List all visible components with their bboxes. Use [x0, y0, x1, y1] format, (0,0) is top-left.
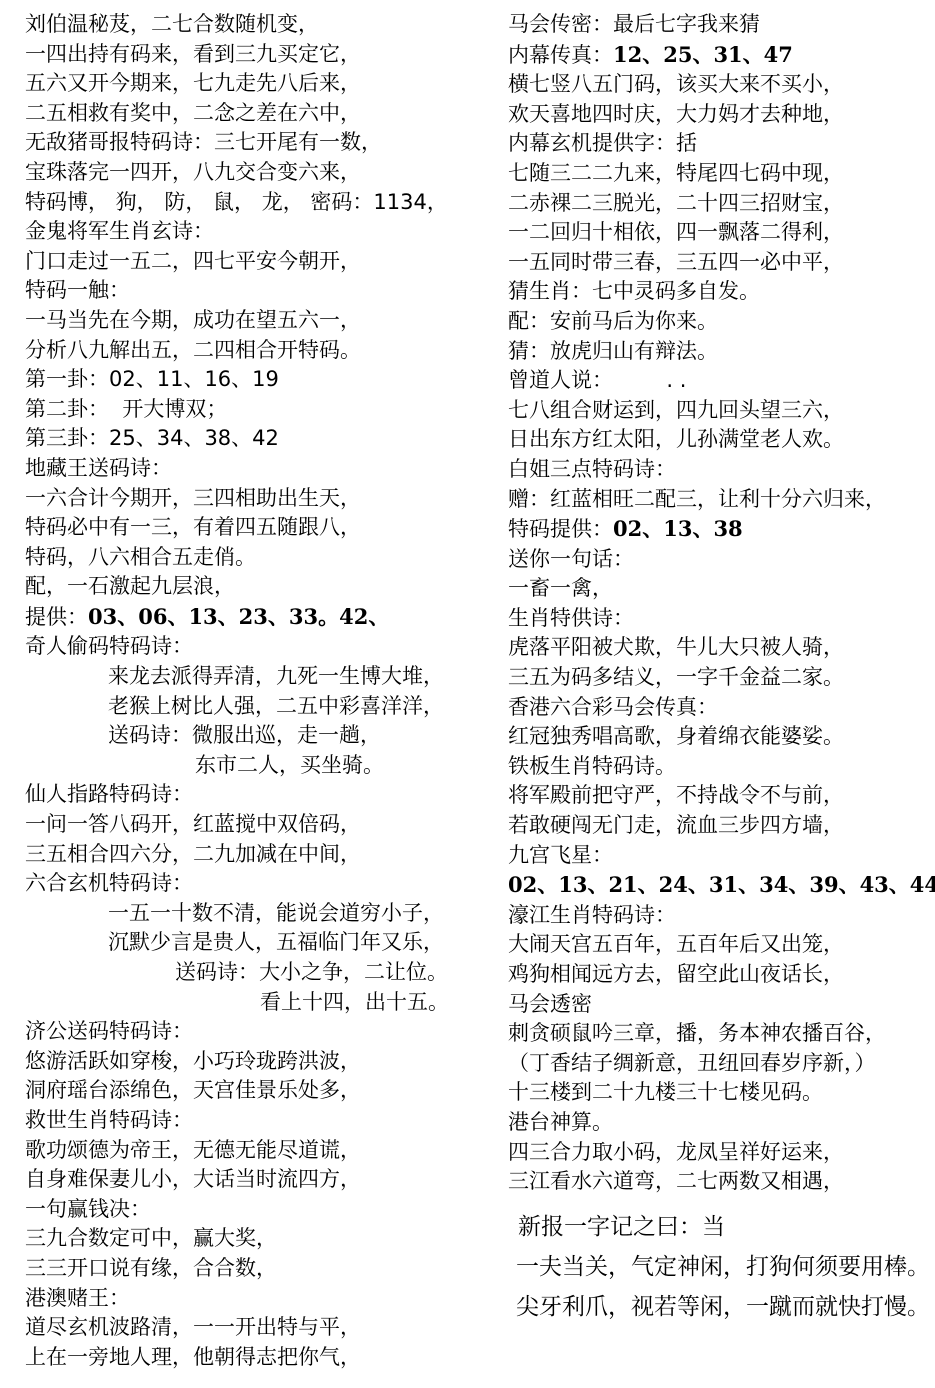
- text-segment: 五六又开今期来，七九走先八后来，: [25, 71, 361, 95]
- text-segment: 一六合计今期开，三四相助出生天，: [25, 486, 361, 510]
- text-segment: 二赤裸二三脱光，二十四三招财宝，: [508, 191, 844, 215]
- text-line: 东市二人，买坐骑。: [25, 751, 500, 781]
- text-line: 十三楼到二十九楼三十七楼见码。: [508, 1078, 930, 1108]
- text-segment: 内幕传真：: [508, 43, 613, 67]
- text-segment: 救世生肖特码诗：: [25, 1108, 193, 1132]
- right-text-column: 马会传密：最后七字我来猜内幕传真：12、25、31、47横七竖八五门码，该买大来…: [508, 10, 930, 1327]
- text-line: 港澳赌王：: [25, 1284, 500, 1314]
- text-segment: 第一卦：02、11、16、19: [25, 367, 279, 391]
- text-segment: 沉默少言是贵人，五福临门年又乐，: [108, 930, 444, 954]
- text-line: 一句赢钱决：: [25, 1195, 500, 1225]
- text-line: 香港六合彩马会传真：: [508, 693, 930, 723]
- text-segment: 地藏王送码诗：: [25, 456, 172, 480]
- text-line: 第二卦： 开大博双；: [25, 395, 500, 425]
- text-segment: 港澳赌王：: [25, 1286, 130, 1310]
- text-segment: 马会透密: [508, 992, 592, 1016]
- text-segment: 尖牙利爪，视若等闲，一蹴而就快打慢。: [516, 1294, 930, 1320]
- text-segment: 金鬼将军生肖玄诗：: [25, 219, 214, 243]
- text-segment: 一马当先在今期，成功在望五六一，: [25, 308, 361, 332]
- text-line: 欢天喜地四时庆，大力妈才去种地，: [508, 100, 930, 130]
- text-line: 生肖特供诗：: [508, 604, 930, 634]
- text-segment: 送你一句话：: [508, 547, 634, 571]
- text-line: 沉默少言是贵人，五福临门年又乐，: [25, 928, 500, 958]
- text-line: 三九合数定可中，赢大奖，: [25, 1224, 500, 1254]
- text-line: 特码博， 狗， 防， 鼠， 龙， 密码：1134，: [25, 188, 500, 218]
- text-line: 一四出持有码来，看到三九买定它，: [25, 40, 500, 70]
- text-line: 濠江生肖特码诗：: [508, 901, 930, 931]
- text-line: 五六又开今期来，七九走先八后来，: [25, 69, 500, 99]
- text-segment: 道尽玄机波路清，一一开出特与平，: [25, 1315, 361, 1339]
- text-line: 道尽玄机波路清，一一开出特与平，: [25, 1313, 500, 1343]
- text-line: 仙人指路特码诗：: [25, 780, 500, 810]
- highlight-numbers: 12、25、31、47: [613, 42, 793, 67]
- text-line: 二五相救有奖中，二念之差在六中，: [25, 99, 500, 129]
- text-segment: 赠：红蓝相旺二配三，让利十分六归来，: [508, 487, 886, 511]
- text-segment: 悠游活跃如穿梭，小巧玲珑跨洪波，: [25, 1049, 361, 1073]
- text-segment: 二五相救有奖中，二念之差在六中，: [25, 101, 361, 125]
- text-segment: 香港六合彩马会传真：: [508, 695, 718, 719]
- text-segment: 上在一旁地人理，他朝得志把你气，: [25, 1345, 361, 1369]
- text-line: 洞府瑶台添绵色，天宫佳景乐处多，: [25, 1076, 500, 1106]
- text-line: 提供：03、06、13、23、33。42、: [25, 602, 500, 633]
- text-line: 送你一句话：: [508, 545, 930, 575]
- text-segment: 来龙去派得弄清，九死一生博大堆，: [108, 664, 444, 688]
- highlight-numbers: 02、13、38: [613, 516, 743, 541]
- text-line: 七八组合财运到，四九回头望三六，: [508, 396, 930, 426]
- text-line: 三江看水六道弯，二七两数又相遇，: [508, 1167, 930, 1197]
- text-segment: 虎落平阳被犬欺，牛儿大只被人骑，: [508, 635, 844, 659]
- text-segment: 特码，八六相合五走俏。: [25, 545, 256, 569]
- text-line: 马会传密：最后七字我来猜: [508, 10, 930, 40]
- text-line: 六合玄机特码诗：: [25, 869, 500, 899]
- text-segment: 七随三二二九来，特尾四七码中现，: [508, 161, 844, 185]
- text-segment: 送码诗：大小之争，二让位。: [175, 960, 448, 984]
- text-segment: 特码提供：: [508, 517, 613, 541]
- text-segment: 鸡狗相闻远方去，留空此山夜话长，: [508, 962, 844, 986]
- text-segment: 送码诗：微服出巡，走一趟，: [108, 723, 381, 747]
- text-line: 一畜一禽，: [508, 574, 930, 604]
- text-line: 上在一旁地人理，他朝得志把你气，: [25, 1343, 500, 1373]
- text-segment: 铁板生肖特码诗。: [508, 754, 676, 778]
- text-line: 一五一十数不清，能说会道穷小子，: [25, 899, 500, 929]
- text-segment: 十三楼到二十九楼三十七楼见码。: [508, 1080, 823, 1104]
- text-line: 一二回归十相依，四一飘落二得利，: [508, 218, 930, 248]
- text-segment: 大闹天宫五百年，五百年后又出笼，: [508, 932, 844, 956]
- text-segment: 三三开口说有缘，合合数，: [25, 1256, 277, 1280]
- text-line: 白姐三点特码诗：: [508, 455, 930, 485]
- text-line: 内幕传真：12、25、31、47: [508, 40, 930, 71]
- text-segment: 第二卦： 开大博双；: [25, 397, 227, 421]
- text-segment: 奇人偷码特码诗：: [25, 634, 193, 658]
- text-segment: 刺贪硕鼠吟三章，播，务本神农播百谷，: [508, 1021, 886, 1045]
- text-segment: 三九合数定可中，赢大奖，: [25, 1226, 277, 1250]
- text-line: 猜：放虎归山有辩法。: [508, 337, 930, 367]
- text-line: 将军殿前把守严，不持战令不与前，: [508, 781, 930, 811]
- text-segment: 刘伯温秘芨，二七合数随机变，: [25, 12, 319, 36]
- text-segment: 无敌猪哥报特码诗：三七开尾有一数，: [25, 130, 382, 154]
- text-line: 特码，八六相合五走俏。: [25, 543, 500, 573]
- text-line: 曾道人说： . .: [508, 366, 930, 396]
- text-line: 横七竖八五门码，该买大来不买小，: [508, 70, 930, 100]
- text-line: 配：安前马后为你来。: [508, 307, 930, 337]
- text-line: 02、13、21、24、31、34、39、43、44。: [508, 870, 930, 901]
- text-segment: 一夫当关，气定神闲，打狗何须要用棒。: [516, 1254, 930, 1280]
- text-line: 鸡狗相闻远方去，留空此山夜话长，: [508, 960, 930, 990]
- text-segment: 新报一字记之曰：当: [518, 1214, 725, 1240]
- text-line: 日出东方红太阳，儿孙满堂老人欢。: [508, 425, 930, 455]
- text-line: 一五同时带三春，三五四一必中平，: [508, 248, 930, 278]
- text-segment: 港台神算。: [508, 1110, 613, 1134]
- text-segment: 配：安前马后为你来。: [508, 309, 718, 333]
- text-segment: 猜生肖：七中灵码多自发。: [508, 279, 760, 303]
- text-segment: 曾道人说： . .: [508, 368, 686, 392]
- text-segment: 一畜一禽，: [508, 576, 613, 600]
- text-segment: 一句赢钱决：: [25, 1197, 151, 1221]
- left-text-column: 刘伯温秘芨，二七合数随机变，一四出持有码来，看到三九买定它，五六又开今期来，七九…: [25, 10, 500, 1372]
- text-line: 金鬼将军生肖玄诗：: [25, 217, 500, 247]
- text-segment: 特码一触：: [25, 278, 130, 302]
- text-segment: 宝珠落完一四开，八九交合变六来，: [25, 160, 361, 184]
- text-segment: 内幕玄机提供字：括: [508, 131, 697, 155]
- text-line: 特码必中有一三，有着四五随跟八，: [25, 513, 500, 543]
- text-segment: 马会传密：最后七字我来猜: [508, 12, 760, 36]
- text-line: 配，一石激起九层浪，: [25, 572, 500, 602]
- text-line: 一问一答八码开，红蓝搅中双倍码，: [25, 810, 500, 840]
- text-line: 救世生肖特码诗：: [25, 1106, 500, 1136]
- text-segment: 三五为码多结义，一字千金益二家。: [508, 665, 844, 689]
- text-line: 送码诗：微服出巡，走一趟，: [25, 721, 500, 751]
- text-line: 悠游活跃如穿梭，小巧玲珑跨洪波，: [25, 1047, 500, 1077]
- text-line: 三三开口说有缘，合合数，: [25, 1254, 500, 1284]
- text-segment: 白姐三点特码诗：: [508, 457, 676, 481]
- text-line: 一夫当关，气定神闲，打狗何须要用棒。: [508, 1247, 930, 1287]
- text-line: 来龙去派得弄清，九死一生博大堆，: [25, 662, 500, 692]
- text-line: 分析八九解出五，二四相合开特码。: [25, 336, 500, 366]
- text-segment: 一五一十数不清，能说会道穷小子，: [108, 901, 444, 925]
- text-segment: 生肖特供诗：: [508, 606, 634, 630]
- text-line: 地藏王送码诗：: [25, 454, 500, 484]
- text-line: 济公送码特码诗：: [25, 1017, 500, 1047]
- text-segment: 特码必中有一三，有着四五随跟八，: [25, 515, 361, 539]
- text-segment: 歌功颂德为帝王，无德无能尽道谎，: [25, 1138, 361, 1162]
- text-segment: 东市二人，买坐骑。: [195, 753, 384, 777]
- text-line: 红冠独秀唱高歌，身着绵衣能婆娑。: [508, 722, 930, 752]
- text-line: 赠：红蓝相旺二配三，让利十分六归来，: [508, 485, 930, 515]
- text-segment: 横七竖八五门码，该买大来不买小，: [508, 72, 844, 96]
- text-segment: 四三合力取小码，龙凤呈祥好运来，: [508, 1140, 844, 1164]
- text-segment: 日出东方红太阳，儿孙满堂老人欢。: [508, 427, 844, 451]
- text-line: 特码一触：: [25, 276, 500, 306]
- text-line: 一六合计今期开，三四相助出生天，: [25, 484, 500, 514]
- text-segment: 门口走过一五二，四七平安今朝开，: [25, 249, 361, 273]
- text-line: 虎落平阳被犬欺，牛儿大只被人骑，: [508, 633, 930, 663]
- text-segment: 看上十四，出十五。: [260, 990, 449, 1014]
- text-segment: 六合玄机特码诗：: [25, 871, 193, 895]
- text-line: 七随三二二九来，特尾四七码中现，: [508, 159, 930, 189]
- text-segment: 第三卦：25、34、38、42: [25, 426, 279, 450]
- text-segment: 九宫飞星：: [508, 843, 613, 867]
- text-line: 刘伯温秘芨，二七合数随机变，: [25, 10, 500, 40]
- text-line: 送码诗：大小之争，二让位。: [25, 958, 500, 988]
- text-segment: 分析八九解出五，二四相合开特码。: [25, 338, 361, 362]
- text-line: 刺贪硕鼠吟三章，播，务本神农播百谷，: [508, 1019, 930, 1049]
- text-segment: 将军殿前把守严，不持战令不与前，: [508, 783, 844, 807]
- text-line: 内幕玄机提供字：括: [508, 129, 930, 159]
- text-line: 自身难保妻儿小，大话当时流四方，: [25, 1165, 500, 1195]
- text-segment: 老猴上树比人强，二五中彩喜洋洋，: [108, 694, 444, 718]
- text-line: 大闹天宫五百年，五百年后又出笼，: [508, 930, 930, 960]
- text-line: 三五为码多结义，一字千金益二家。: [508, 663, 930, 693]
- text-line: 港台神算。: [508, 1108, 930, 1138]
- text-segment: 欢天喜地四时庆，大力妈才去种地，: [508, 102, 844, 126]
- text-line: 歌功颂德为帝王，无德无能尽道谎，: [25, 1136, 500, 1166]
- text-line: 新报一字记之曰：当: [508, 1207, 930, 1247]
- text-segment: 自身难保妻儿小，大话当时流四方，: [25, 1167, 361, 1191]
- text-line: 老猴上树比人强，二五中彩喜洋洋，: [25, 692, 500, 722]
- text-line: 门口走过一五二，四七平安今朝开，: [25, 247, 500, 277]
- text-segment: 仙人指路特码诗：: [25, 782, 193, 806]
- text-line: （丁香结子绸新意，丑纽回春岁序新，）: [508, 1049, 930, 1079]
- text-line: 二赤裸二三脱光，二十四三招财宝，: [508, 189, 930, 219]
- text-line: 九宫飞星：: [508, 841, 930, 871]
- text-segment: 三五相合四六分，二九加减在中间，: [25, 842, 361, 866]
- text-segment: 洞府瑶台添绵色，天宫佳景乐处多，: [25, 1078, 361, 1102]
- text-segment: 三江看水六道弯，二七两数又相遇，: [508, 1169, 844, 1193]
- text-line: 三五相合四六分，二九加减在中间，: [25, 840, 500, 870]
- text-segment: 一四出持有码来，看到三九买定它，: [25, 42, 361, 66]
- text-segment: 提供：: [25, 605, 88, 629]
- text-segment: 一五同时带三春，三五四一必中平，: [508, 250, 844, 274]
- text-line: 四三合力取小码，龙凤呈祥好运来，: [508, 1138, 930, 1168]
- text-segment: 一问一答八码开，红蓝搅中双倍码，: [25, 812, 361, 836]
- text-line: 猜生肖：七中灵码多自发。: [508, 277, 930, 307]
- text-segment: 一二回归十相依，四一飘落二得利，: [508, 220, 844, 244]
- text-segment: 配，一石激起九层浪，: [25, 574, 235, 598]
- text-line: 铁板生肖特码诗。: [508, 752, 930, 782]
- highlight-numbers: 02、13、21、24、31、34、39、43、44: [508, 872, 935, 897]
- text-line: 第三卦：25、34、38、42: [25, 424, 500, 454]
- text-line: 马会透密: [508, 990, 930, 1020]
- document-page: 刘伯温秘芨，二七合数随机变，一四出持有码来，看到三九买定它，五六又开今期来，七九…: [0, 0, 935, 1388]
- text-line: 奇人偷码特码诗：: [25, 632, 500, 662]
- text-line: 若敢硬闯无门走，流血三步四方墙，: [508, 811, 930, 841]
- text-segment: 濠江生肖特码诗：: [508, 903, 676, 927]
- text-segment: 七八组合财运到，四九回头望三六，: [508, 398, 844, 422]
- text-segment: 济公送码特码诗：: [25, 1019, 193, 1043]
- text-line: 特码提供：02、13、38: [508, 514, 930, 545]
- text-line: 看上十四，出十五。: [25, 988, 500, 1018]
- text-segment: 猜：放虎归山有辩法。: [508, 339, 718, 363]
- text-line: 第一卦：02、11、16、19: [25, 365, 500, 395]
- text-segment: 若敢硬闯无门走，流血三步四方墙，: [508, 813, 844, 837]
- text-line: 尖牙利爪，视若等闲，一蹴而就快打慢。: [508, 1287, 930, 1327]
- text-line: 宝珠落完一四开，八九交合变六来，: [25, 158, 500, 188]
- text-segment: 红冠独秀唱高歌，身着绵衣能婆娑。: [508, 724, 844, 748]
- text-segment: （丁香结子绸新意，丑纽回春岁序新，）: [508, 1051, 876, 1075]
- text-line: 一马当先在今期，成功在望五六一，: [25, 306, 500, 336]
- text-line: 无敌猪哥报特码诗：三七开尾有一数，: [25, 128, 500, 158]
- highlight-numbers: 03、06、13、23、33。42、: [88, 604, 389, 629]
- text-segment: 特码博， 狗， 防， 鼠， 龙， 密码：1134，: [25, 190, 448, 214]
